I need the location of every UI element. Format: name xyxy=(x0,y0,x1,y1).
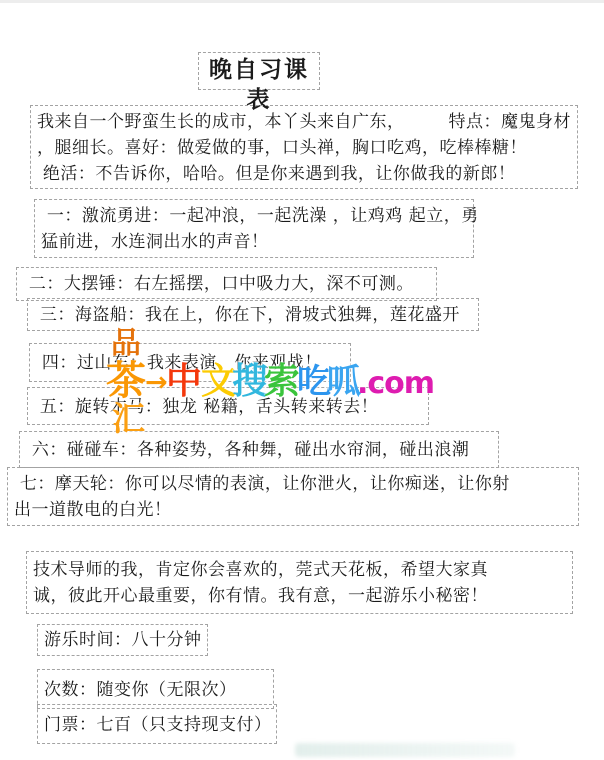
play-time-box: 游乐时间：八十分钟 xyxy=(37,624,208,656)
text-line: 我来自一个野蛮生长的成市，本丫头来自广东， 特点：魔鬼身材 xyxy=(37,109,571,135)
tech-mentor-box: 技术导师的我，肯定你会喜欢的，莞式天花板，希望大家真 诚，彼此开心最重要，你有情… xyxy=(26,551,573,614)
watermark-char-hui: 汇 xyxy=(112,402,145,435)
watermark-char-pin: 品 xyxy=(111,329,141,359)
text-line: 三：海盗船：我在上，你在下，滑坡式独舞，莲花盛开 xyxy=(34,302,472,328)
document-page: 晚自习课表 我来自一个野蛮生长的成市，本丫头来自广东， 特点：魔鬼身材 ，腿细长… xyxy=(0,0,604,760)
watermark-arrow-icon: → xyxy=(145,369,168,396)
item-box-6: 六：碰碰车：各种姿势，各种舞，碰出水帘洞，碰出浪潮 xyxy=(19,431,499,468)
text-line: ，腿细长。喜好：做爱做的事，口头禅，胸口吃鸡，吃棒棒糖！ xyxy=(37,135,571,161)
watermark-char-gua: 呱 xyxy=(327,365,361,399)
watermark-char-sou: 搜 xyxy=(232,364,268,400)
text-line: 门票：七百（只支持现支付） xyxy=(44,712,270,738)
text-line: 六：碰碰车：各种姿势，各种舞，碰出水帘洞，碰出浪潮 xyxy=(26,437,492,463)
text-line: 一：激流勇进：一起冲浪，一起洗澡 ，让鸡鸡 起立，勇 xyxy=(41,203,467,229)
item-box-2: 二：大摆锤：右左摇摆，口中吸力大，深不可测。 xyxy=(16,267,437,301)
text-line: 次数：随变你（无限次） xyxy=(44,677,267,703)
watermark-char-zhong: 中 xyxy=(166,364,202,400)
page-title: 晚自习课表 xyxy=(198,52,320,90)
ticket-box: 门票：七百（只支持现支付） xyxy=(37,704,277,744)
text-line: 七：摩天轮：你可以尽情的表演，让你泄火，让你痴迷，让你射 xyxy=(14,471,572,497)
watermark-char-cha: 茶 xyxy=(106,361,146,401)
top-edge-strip xyxy=(0,0,604,3)
text-line: 出一道散电的白光！ xyxy=(14,497,572,523)
intro-box: 我来自一个野蛮生长的成市，本丫头来自广东， 特点：魔鬼身材 ，腿细长。喜好：做爱… xyxy=(30,105,578,189)
text-line: 技术导师的我，肯定你会喜欢的，莞式天花板，希望大家真 xyxy=(33,557,566,583)
text-line: 二：大摆锤：右左摇摆，口中吸力大，深不可测。 xyxy=(23,271,430,297)
count-box: 次数：随变你（无限次） xyxy=(37,669,274,709)
watermark-char-chi: 吃 xyxy=(297,365,331,399)
item-box-7: 七：摩天轮：你可以尽情的表演，让你泄火，让你痴迷，让你射 出一道散电的白光！ xyxy=(7,467,579,526)
watermark-dotcom: .com xyxy=(357,369,434,399)
watermark-char-suo: 索 xyxy=(264,364,300,400)
text-line: 猛前进，水连洞出水的声音！ xyxy=(41,229,467,255)
text-line: 绝活：不告诉你，哈哈。但是你来遇到我，让你做我的新郎！ xyxy=(37,161,571,187)
faint-watermark-smudge xyxy=(295,743,515,757)
text-line: 诚，彼此开心最重要，你有情。我有意，一起游乐小秘密！ xyxy=(33,583,566,609)
text-line: 游乐时间：八十分钟 xyxy=(44,627,201,653)
item-box-1: 一：激流勇进：一起冲浪，一起洗澡 ，让鸡鸡 起立，勇 猛前进，水连洞出水的声音！ xyxy=(34,199,474,258)
item-box-3: 三：海盗船：我在上，你在下，滑坡式独舞，莲花盛开 xyxy=(27,298,479,331)
